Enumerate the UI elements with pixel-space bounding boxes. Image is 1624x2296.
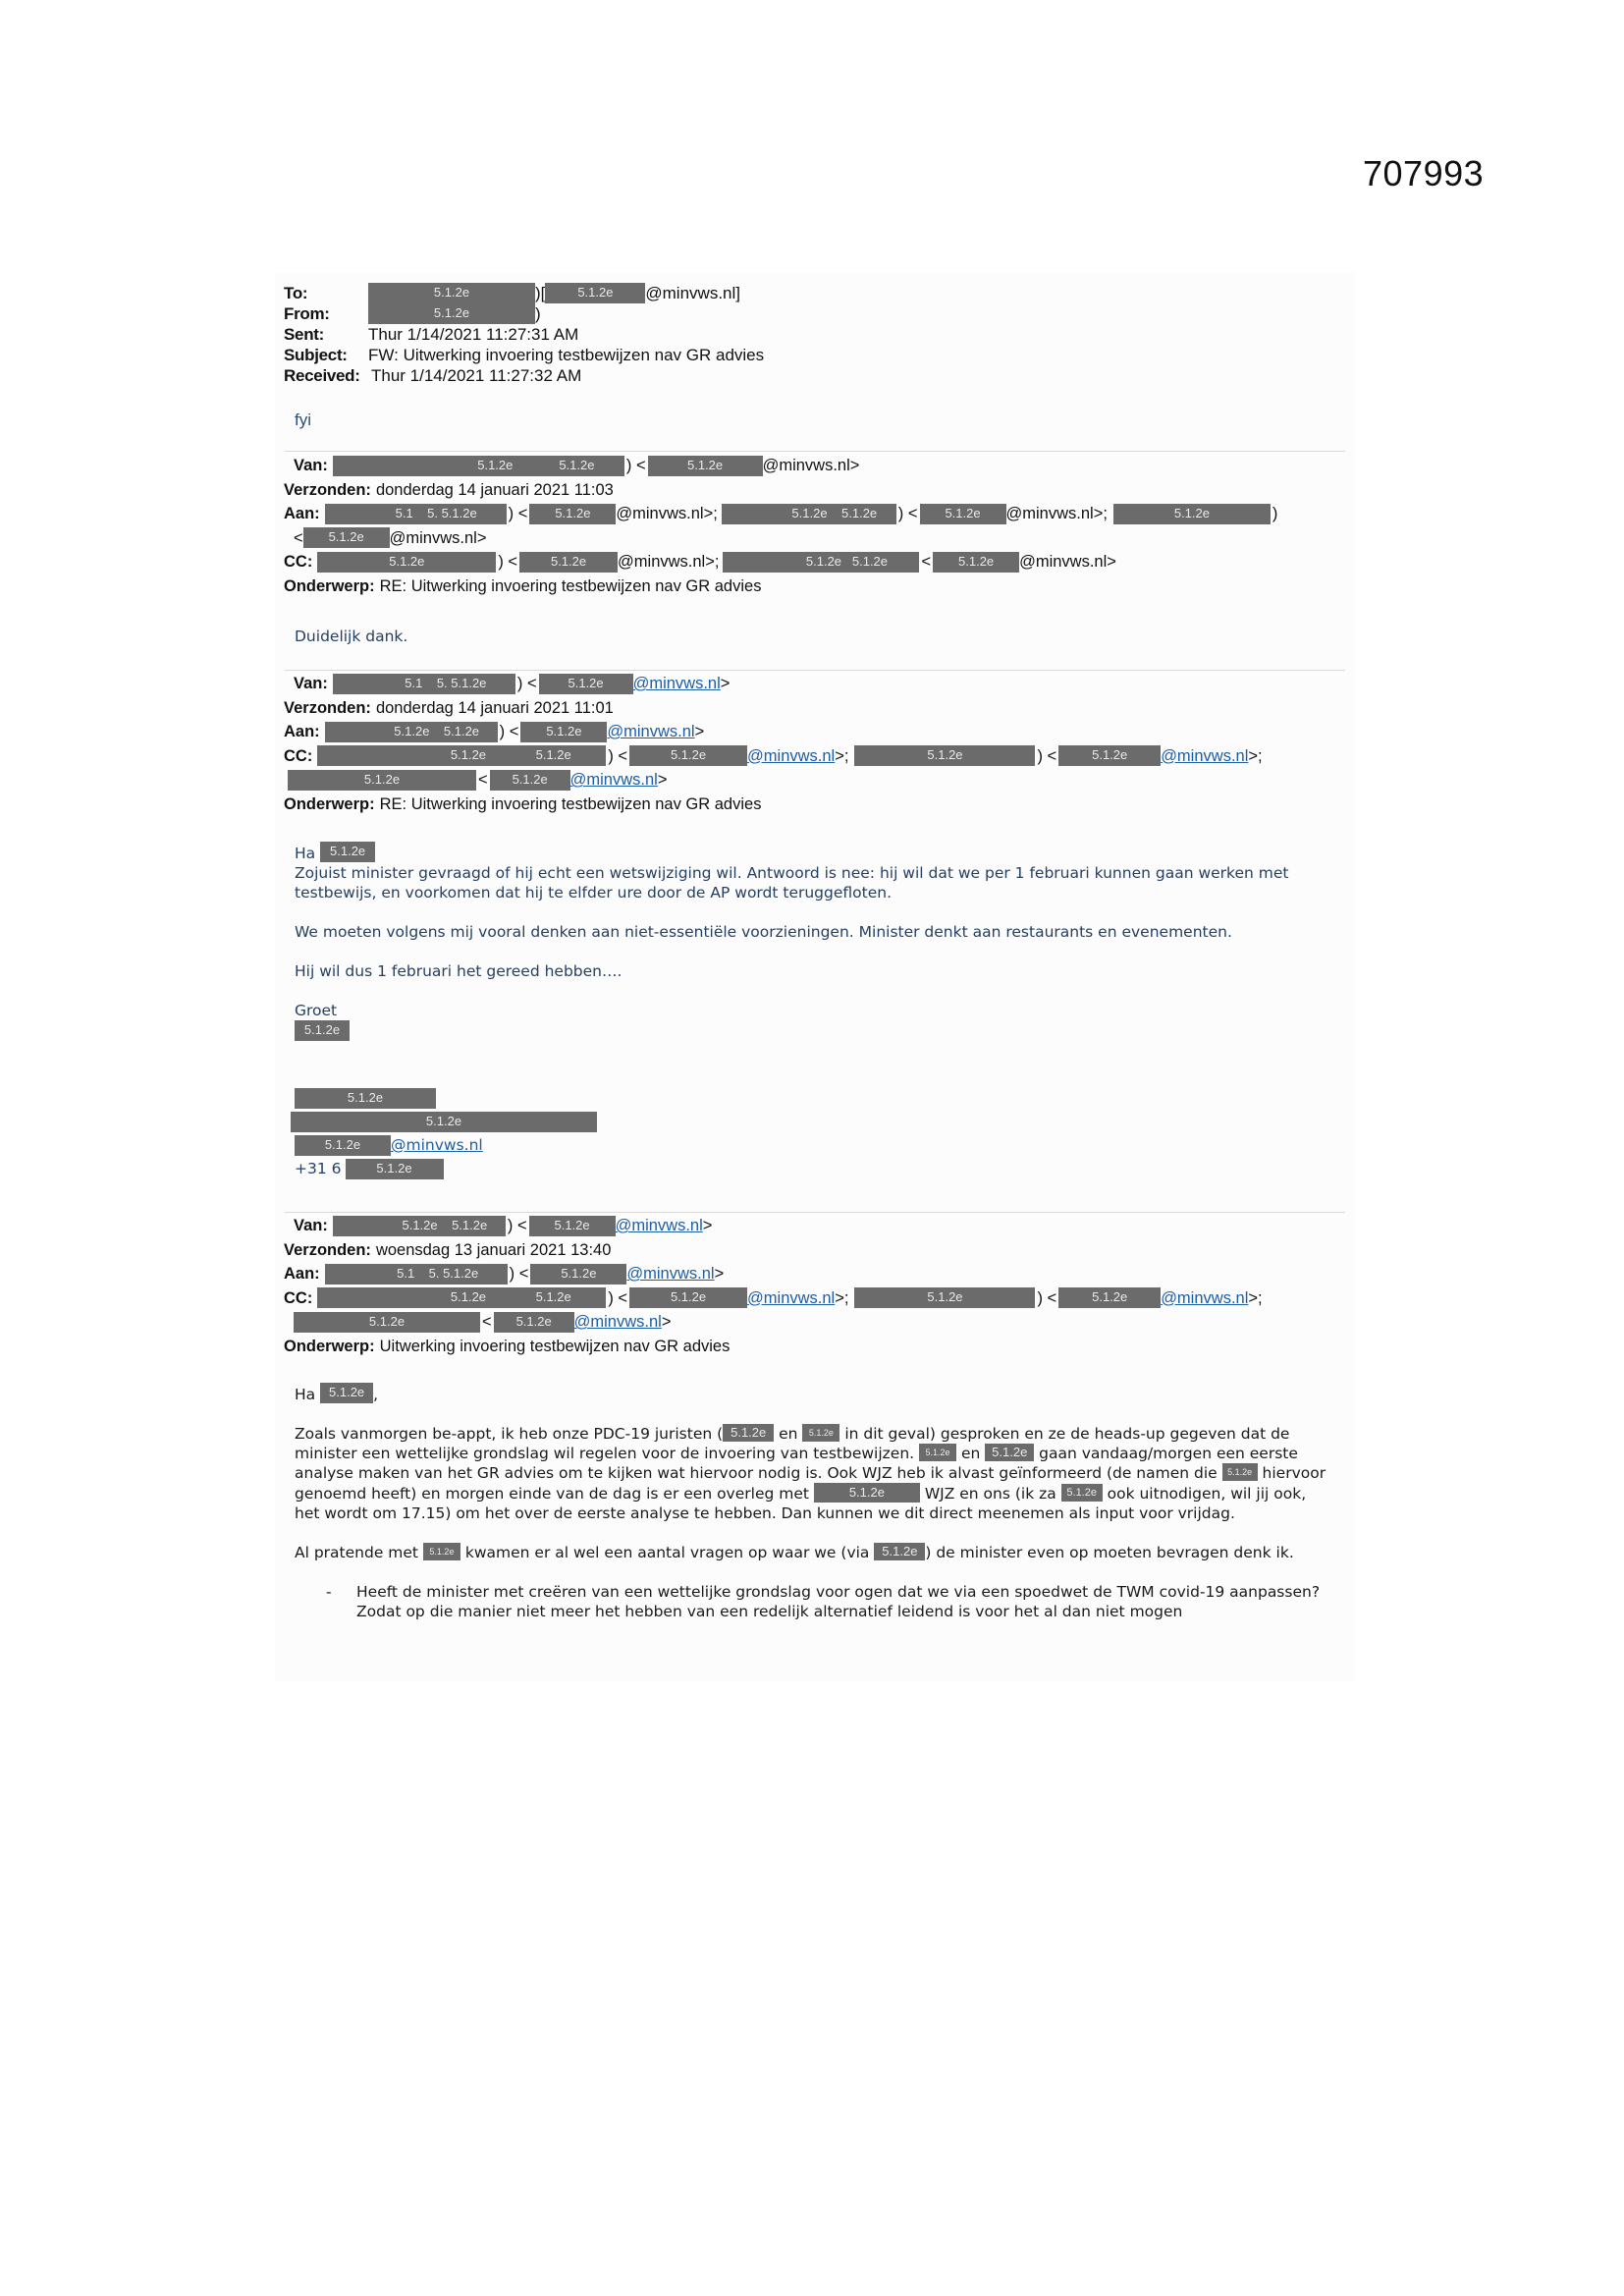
sender-address[interactable]: @minvws.nl bbox=[616, 1214, 703, 1238]
sent-row: Sent: Thur 1/14/2021 11:27:31 AM bbox=[284, 324, 764, 345]
aan-row: Aan: 5.1 5. 5.1.2e ) < 5.1.2e @minvws.nl… bbox=[284, 502, 1279, 526]
signature: 5.1.2e 5.1.2e 5.1.2e @minvws.nl +31 6 5.… bbox=[295, 1086, 597, 1180]
aan-label: Aan: bbox=[284, 720, 320, 744]
cc-address[interactable]: @minvws.nl>; bbox=[618, 550, 719, 574]
redaction: 5.1.2e bbox=[317, 552, 496, 573]
from-label: From: bbox=[284, 303, 368, 324]
to-label: To: bbox=[284, 283, 368, 303]
sender-address[interactable]: @minvws.nl bbox=[633, 672, 721, 696]
redaction: 5.1.2e bbox=[494, 1312, 574, 1333]
onderwerp-label: Onderwerp: bbox=[284, 574, 375, 599]
redaction: 5.1.2e bbox=[520, 722, 607, 742]
redaction: 5.1.2e bbox=[320, 1383, 373, 1403]
redaction: 5.1.2e bbox=[291, 1112, 597, 1132]
verzonden-row: Verzonden: donderdag 14 januari 2021 11:… bbox=[284, 478, 1279, 503]
body-paragraph: We moeten volgens mij vooral denken aan … bbox=[295, 922, 1335, 942]
redaction: 5.1.2e bbox=[529, 1216, 616, 1236]
redaction: 5.1.2e bbox=[648, 456, 763, 476]
verzonden-row: Verzonden: donderdag 14 januari 2021 11:… bbox=[284, 696, 1263, 721]
subject-label: Subject: bbox=[284, 345, 368, 365]
document-number: 707993 bbox=[1363, 153, 1484, 194]
redaction: 5.1.2e bbox=[545, 283, 645, 303]
van-row: Van: 5.1 5. 5.1.2e ) < 5.1.2e @minvws.nl… bbox=[284, 672, 1263, 696]
redaction: 5.1.2e bbox=[933, 552, 1019, 573]
onderwerp-row: Onderwerp: Uitwerking invoering testbewi… bbox=[284, 1335, 1263, 1359]
sent-value: Thur 1/14/2021 11:27:31 AM bbox=[368, 324, 578, 345]
verzonden-label: Verzonden: bbox=[284, 1238, 371, 1263]
redaction: 5.1.2e bbox=[368, 303, 535, 324]
cc-label: CC: bbox=[284, 550, 312, 574]
to-row: To: 5.1.2e )[ 5.1.2e @minvws.nl] bbox=[284, 283, 764, 303]
redaction: 5.1.2e bbox=[539, 674, 633, 694]
cc-address[interactable]: @minvws.nl bbox=[574, 1310, 662, 1335]
list-item: -Heeft de minister met creëren van een w… bbox=[295, 1582, 1335, 1621]
verzonden-label: Verzonden: bbox=[284, 696, 371, 721]
redaction: 5.1.2e bbox=[530, 1264, 626, 1285]
redaction: 5.1.2e bbox=[1058, 745, 1161, 766]
divider bbox=[285, 451, 1345, 452]
body-paragraph: Hij wil dus 1 februari het gereed hebben… bbox=[295, 961, 1335, 981]
redaction: 5.1.2e bbox=[629, 1287, 747, 1308]
body-paragraph: Duidelijk dank. bbox=[295, 627, 407, 646]
redaction: 5.1.2e bbox=[295, 1135, 391, 1156]
sent-label: Sent: bbox=[284, 324, 368, 345]
cc-label: CC: bbox=[284, 1286, 312, 1311]
aan-row-continued: < 5.1.2e @minvws.nl> bbox=[284, 526, 1279, 551]
closing: Groet bbox=[295, 1001, 1335, 1020]
aan-row: Aan: 5.1 5. 5.1.2e ) < 5.1.2e @minvws.nl… bbox=[284, 1262, 1263, 1286]
subject-row: Subject: FW: Uitwerking invoering testbe… bbox=[284, 345, 764, 365]
cc-address[interactable]: @minvws.nl bbox=[747, 744, 835, 769]
body-paragraph: Zojuist minister gevraagd of hij echt ee… bbox=[295, 863, 1335, 902]
onderwerp-row: Onderwerp: RE: Uitwerking invoering test… bbox=[284, 574, 1279, 599]
redaction: 5.1.2e bbox=[1058, 1287, 1161, 1308]
redaction: 5.1.2e bbox=[294, 1312, 480, 1333]
cc-address[interactable]: @minvws.nl bbox=[570, 768, 658, 793]
cc-row-continued: 5.1.2e < 5.1.2e @minvws.nl> bbox=[284, 768, 1263, 793]
aan-row: Aan: 5.1.2e 5.1.2e ) < 5.1.2e @minvws.nl… bbox=[284, 720, 1263, 744]
outlook-header: To: 5.1.2e )[ 5.1.2e @minvws.nl] From: 5… bbox=[284, 283, 764, 386]
aan-address[interactable]: @minvws.nl bbox=[607, 720, 694, 744]
onderwerp-value: Uitwerking invoering testbewijzen nav GR… bbox=[380, 1335, 731, 1359]
signature-phone-prefix: +31 6 bbox=[295, 1160, 342, 1177]
aan-address[interactable]: @minvws.nl> bbox=[390, 526, 487, 551]
divider bbox=[285, 670, 1345, 671]
cc-row-continued: 5.1.2e < 5.1.2e @minvws.nl> bbox=[284, 1310, 1263, 1335]
redaction: 5.1.2e bbox=[295, 1020, 350, 1041]
received-row: Received: Thur 1/14/2021 11:27:32 AM bbox=[284, 365, 764, 386]
received-value: Thur 1/14/2021 11:27:32 AM bbox=[368, 365, 581, 386]
subject-value: FW: Uitwerking invoering testbewijzen na… bbox=[368, 345, 764, 365]
redaction: 5.1.2e bbox=[368, 283, 535, 303]
onderwerp-label: Onderwerp: bbox=[284, 793, 375, 817]
cc-row: CC: 5.1.2e 5.1.2e ) < 5.1.2e @minvws.nl>… bbox=[284, 744, 1263, 769]
onderwerp-value: RE: Uitwerking invoering testbewijzen na… bbox=[380, 793, 762, 817]
verzonden-value: donderdag 14 januari 2021 11:01 bbox=[376, 696, 614, 721]
aan-address[interactable]: @minvws.nl>; bbox=[616, 502, 717, 526]
van-label: Van: bbox=[294, 672, 328, 696]
cc-row: CC: 5.1.2e 5.1.2e ) < 5.1.2e @minvws.nl>… bbox=[284, 1286, 1263, 1311]
to-address: @minvws.nl] bbox=[645, 283, 740, 303]
body-paragraph: Al pratende met 5.1.2e kwamen er al wel … bbox=[295, 1543, 1335, 1562]
cc-address[interactable]: @minvws.nl> bbox=[1019, 550, 1116, 574]
email-body-3: Ha 5.1.2e, Zoals vanmorgen be-appt, ik h… bbox=[295, 1383, 1335, 1621]
body-paragraph: Zoals vanmorgen be-appt, ik heb onze PDC… bbox=[295, 1424, 1335, 1523]
onderwerp-value: RE: Uitwerking invoering testbewijzen na… bbox=[380, 574, 762, 599]
greeting-line: Ha 5.1.2e bbox=[295, 842, 1335, 863]
email-body-1: Duidelijk dank. bbox=[295, 627, 407, 646]
cc-address[interactable]: @minvws.nl bbox=[1161, 744, 1248, 769]
redaction: 5.1.2e bbox=[854, 745, 1035, 766]
email-header-3: Van: 5.1.2e 5.1.2e ) < 5.1.2e @minvws.nl… bbox=[284, 1214, 1263, 1358]
cc-row: CC: 5.1.2e ) < 5.1.2e @minvws.nl>; 5.1.2… bbox=[284, 550, 1279, 574]
verzonden-value: woensdag 13 januari 2021 13:40 bbox=[376, 1238, 611, 1263]
redaction: 5.1.2e bbox=[519, 552, 618, 573]
aan-address[interactable]: @minvws.nl>; bbox=[1006, 502, 1108, 526]
redaction: 5.1.2e bbox=[303, 527, 390, 548]
divider bbox=[285, 1212, 1345, 1213]
van-label: Van: bbox=[294, 1214, 328, 1238]
redaction: 5.1.2e bbox=[854, 1287, 1035, 1308]
onderwerp-row: Onderwerp: RE: Uitwerking invoering test… bbox=[284, 793, 1263, 817]
email-body-2: Ha 5.1.2e Zojuist minister gevraagd of h… bbox=[295, 842, 1335, 1042]
redaction: 5.1.2e bbox=[629, 745, 747, 766]
signature-email[interactable]: @minvws.nl bbox=[391, 1136, 483, 1154]
greeting-line: Ha 5.1.2e, bbox=[295, 1383, 1335, 1404]
redaction: 5.1.2e bbox=[1113, 504, 1271, 524]
van-row: Van: 5.1.2e 5.1.2e ) < 5.1.2e @minvws.nl… bbox=[284, 1214, 1263, 1238]
aan-address[interactable]: @minvws.nl bbox=[626, 1262, 714, 1286]
cc-label: CC: bbox=[284, 744, 312, 769]
received-label: Received: bbox=[284, 365, 368, 386]
email-header-2: Van: 5.1 5. 5.1.2e ) < 5.1.2e @minvws.nl… bbox=[284, 672, 1263, 816]
cc-address[interactable]: @minvws.nl bbox=[1161, 1286, 1248, 1311]
redaction: 5.1.2e bbox=[288, 770, 476, 791]
verzonden-label: Verzonden: bbox=[284, 478, 371, 503]
redaction: 5.1.2e bbox=[529, 504, 616, 524]
van-label: Van: bbox=[294, 454, 328, 478]
redaction: 5.1.2e bbox=[490, 770, 570, 791]
sender-address[interactable]: @minvws.nl> bbox=[763, 454, 860, 478]
question-list: -Heeft de minister met creëren van een w… bbox=[295, 1582, 1335, 1621]
aan-label: Aan: bbox=[284, 502, 320, 526]
from-row: From: 5.1.2e ) bbox=[284, 303, 764, 324]
redaction: 5.1.2e bbox=[346, 1159, 444, 1179]
onderwerp-label: Onderwerp: bbox=[284, 1335, 375, 1359]
redaction: 5.1.2e bbox=[295, 1088, 436, 1109]
cc-address[interactable]: @minvws.nl bbox=[747, 1286, 835, 1311]
aan-label: Aan: bbox=[284, 1262, 320, 1286]
forward-note: fyi bbox=[295, 410, 311, 430]
redaction: 5.1.2e bbox=[320, 842, 375, 862]
verzonden-row: Verzonden: woensdag 13 januari 2021 13:4… bbox=[284, 1238, 1263, 1263]
verzonden-value: donderdag 14 januari 2021 11:03 bbox=[376, 478, 614, 503]
email-header-1: Van: 5.1.2e 5.1.2e ) < 5.1.2e @minvws.nl… bbox=[284, 454, 1279, 598]
redaction: 5.1.2e bbox=[920, 504, 1006, 524]
van-row: Van: 5.1.2e 5.1.2e ) < 5.1.2e @minvws.nl… bbox=[284, 454, 1279, 478]
